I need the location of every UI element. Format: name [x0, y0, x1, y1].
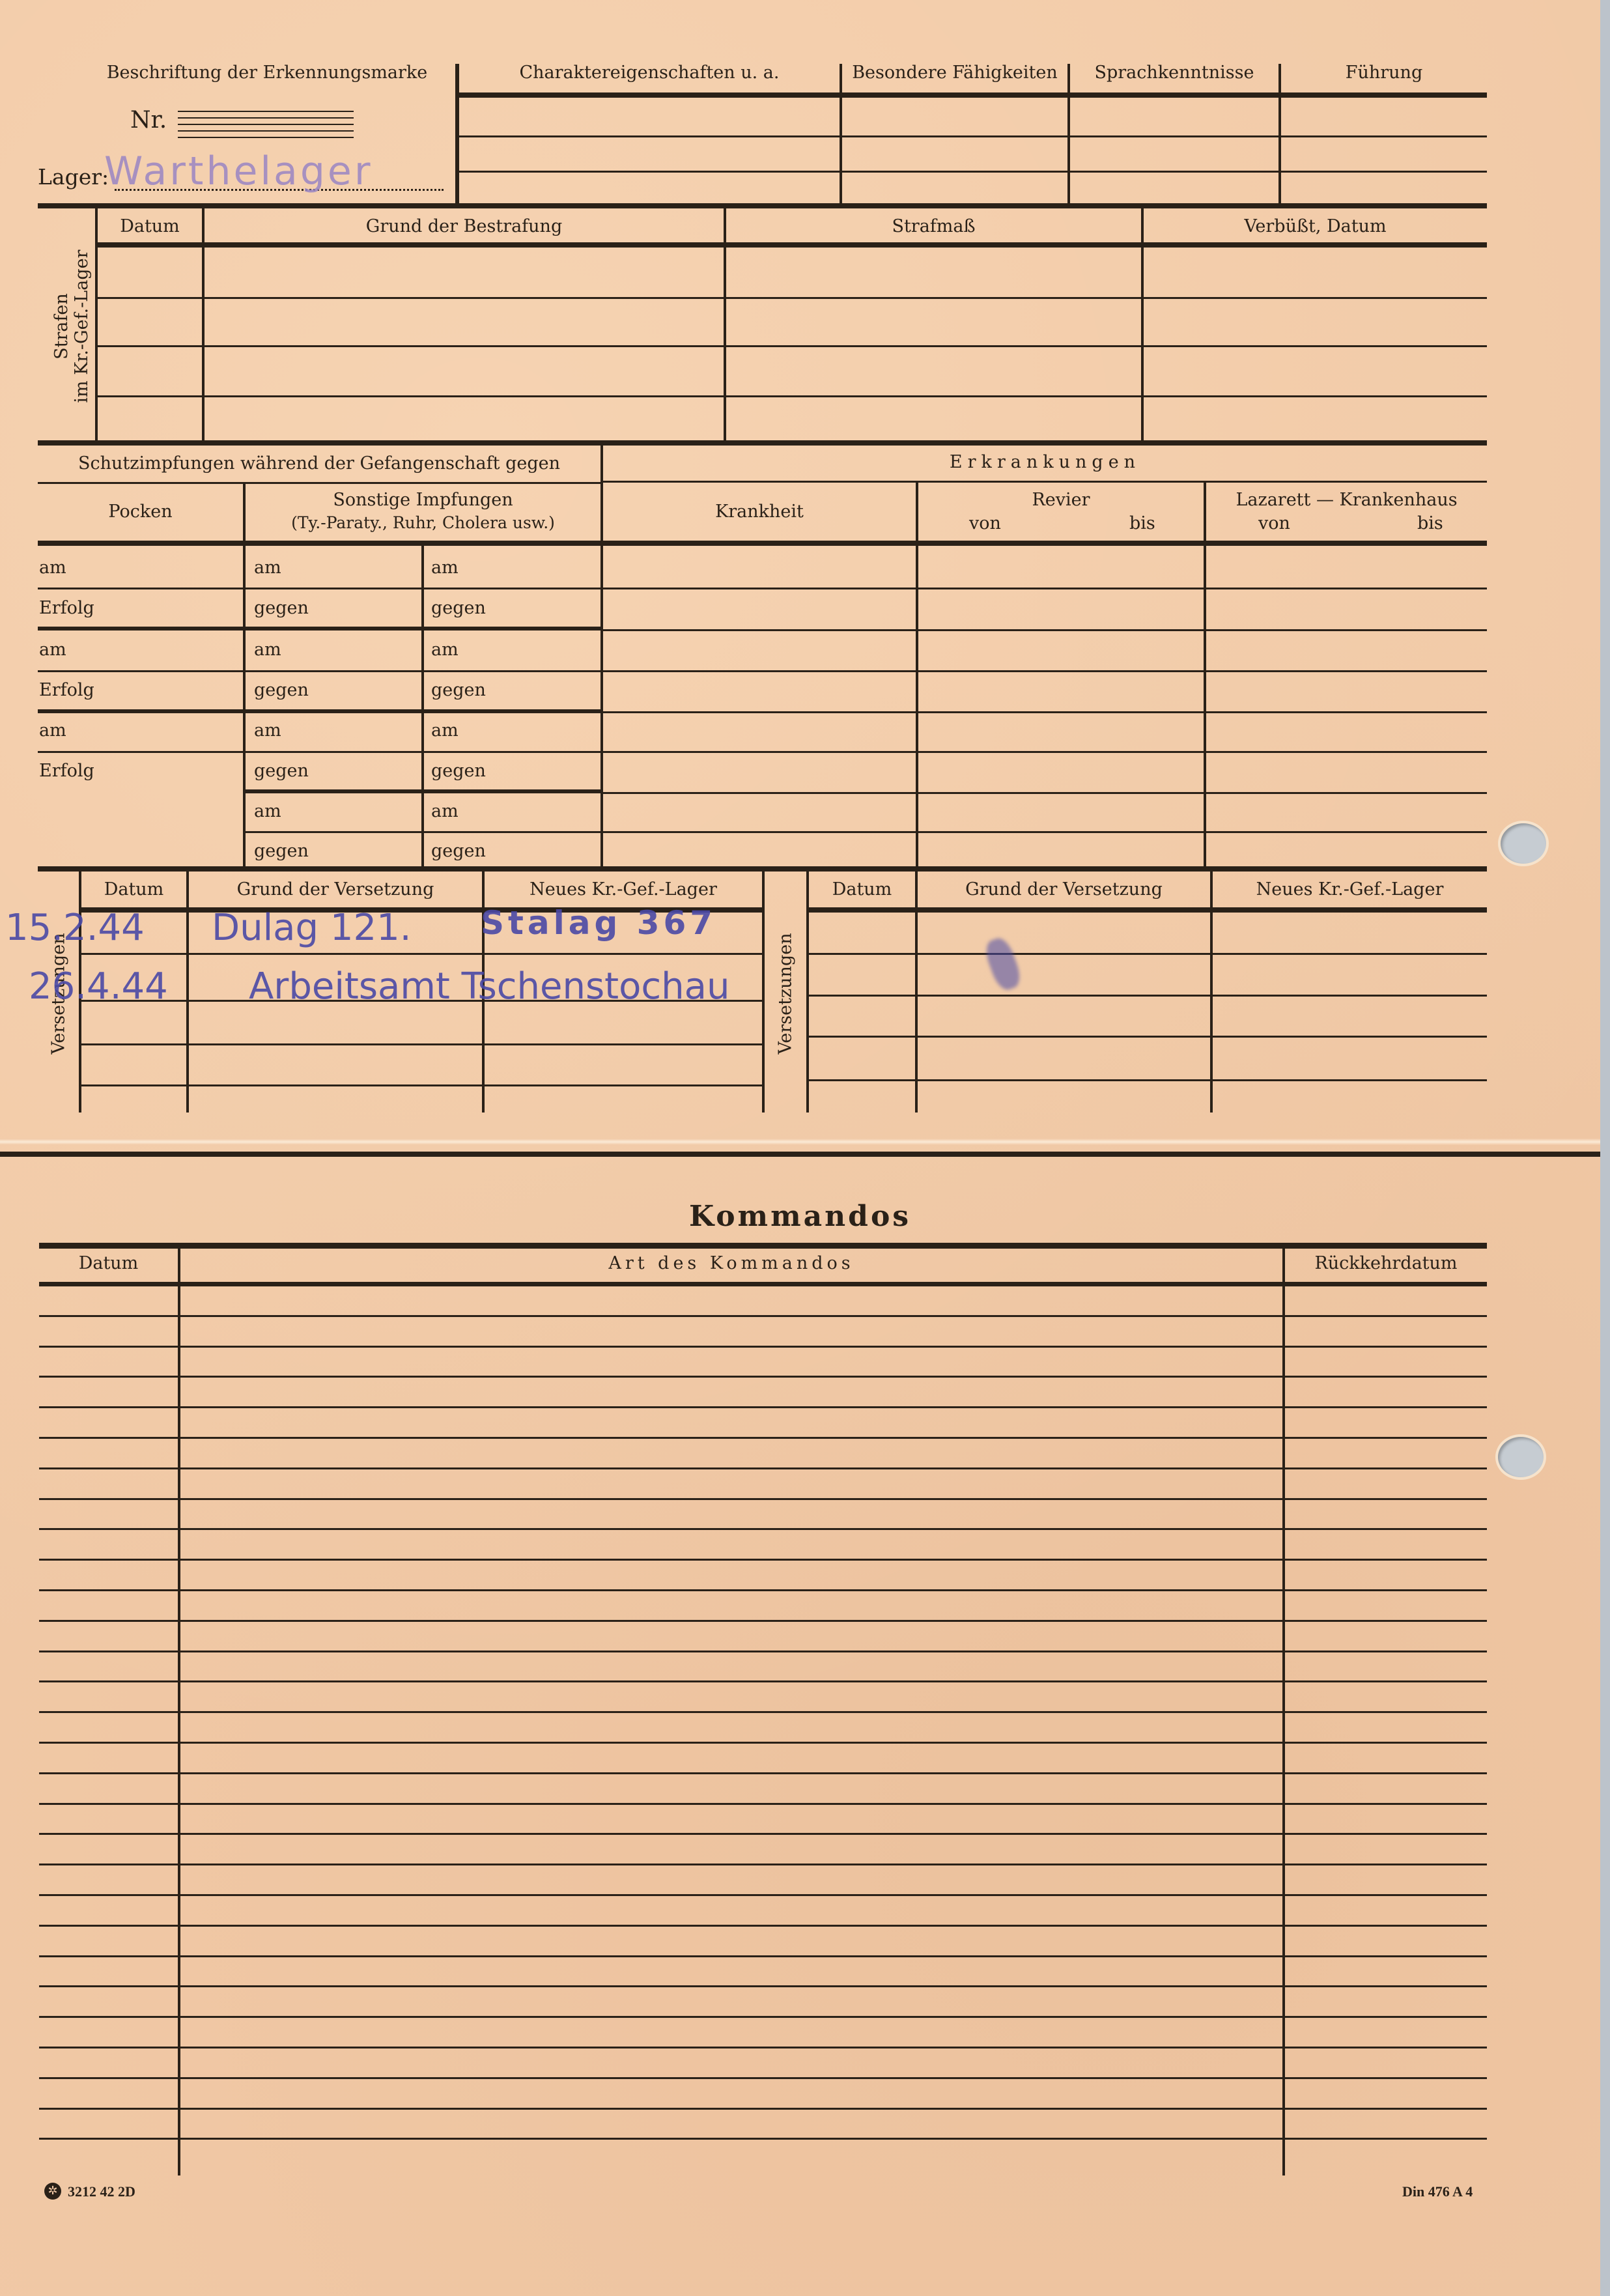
punish-header-line	[96, 242, 1487, 248]
illness-row-line	[603, 711, 1487, 713]
illness-col-divider	[1204, 483, 1206, 868]
illness-col-divider	[916, 483, 918, 868]
col-kommando-datum: Datum	[39, 1253, 178, 1274]
char-header-line	[458, 92, 1487, 98]
kommando-row-line	[39, 1833, 1487, 1835]
transfer-row-line	[808, 1036, 1487, 1038]
kommando-row-line	[39, 2138, 1487, 2140]
kommando-row-line	[39, 1651, 1487, 1652]
vacc-group-line	[38, 709, 600, 713]
revier-von: von	[969, 513, 1001, 534]
sonstige-am-label: am	[431, 558, 459, 578]
transfer-row-line	[80, 953, 762, 955]
din-format: Din 476 A 4	[1402, 2183, 1473, 2200]
pocken-am-label: am	[39, 640, 66, 660]
col-krankheit: Krankheit	[603, 502, 916, 522]
transfers-top-line	[38, 866, 1487, 872]
kommando-row-line	[39, 1711, 1487, 1713]
kommando-row-line	[39, 1528, 1487, 1530]
sonstige-am-label: am	[431, 640, 459, 660]
vacc-top-line	[38, 440, 1487, 446]
vaccinations-title: Schutzimpfungen während der Gefangenscha…	[38, 453, 600, 474]
illness-row-line	[603, 588, 1487, 589]
col-rueckkehrdatum: Rückkehrdatum	[1285, 1253, 1487, 1274]
illnesses-title: Erkrankungen	[603, 452, 1487, 473]
col-charaktereigenschaften: Charaktereigenschaften u. a.	[459, 63, 840, 83]
kommando-row-line	[39, 1985, 1487, 1987]
transfers-side-label-right: Versetzungen	[775, 916, 795, 1072]
char-col-divider	[1278, 64, 1281, 205]
kommando-row-line	[39, 1315, 1487, 1317]
kommando-row-line	[39, 1406, 1487, 1408]
transfer-2-date-stamp: 26.4.44	[29, 965, 168, 1008]
sonstige-am-label: am	[254, 558, 281, 578]
char-table-left-border	[455, 64, 459, 205]
pocken-erfolg-label: Erfolg	[39, 598, 94, 619]
col-besondere-faehigkeiten: Besondere Fähigkeiten	[842, 63, 1067, 83]
transfer-1-date-stamp: 15.2.44	[5, 907, 145, 949]
col-grund-bestrafung: Grund der Bestrafung	[205, 216, 724, 237]
kommando-row-line	[39, 1589, 1487, 1591]
kommandos-header-line	[39, 1282, 1487, 1286]
sonstige-gegen-label: gegen	[431, 680, 486, 701]
illness-row-line	[603, 831, 1487, 833]
illness-row-line	[603, 670, 1487, 672]
punish-top-line	[38, 203, 1487, 208]
nr-lines	[178, 111, 354, 138]
pocken-erfolg-label: Erfolg	[39, 680, 94, 701]
kommando-row-line	[39, 1467, 1487, 1469]
kommando-row-line	[39, 1894, 1487, 1896]
vacc-row-line	[38, 670, 600, 672]
col-grund-versetzung: Grund der Versetzung	[189, 879, 482, 900]
illness-title-line	[603, 481, 1487, 483]
vacc-title-line	[38, 482, 600, 484]
vacc-col-divider	[421, 543, 424, 868]
document-page: Beschriftung der Erkennungsmarke Nr. Lag…	[0, 0, 1600, 2296]
punch-hole-icon	[1498, 1437, 1544, 1477]
transfer-row-line	[80, 1084, 762, 1086]
tag-inscription-label: Beschriftung der Erkennungsmarke	[91, 63, 443, 83]
sonstige-gegen-label: gegen	[254, 680, 309, 701]
char-col-divider	[1067, 64, 1070, 205]
punch-hole-icon	[1501, 823, 1546, 864]
kommando-row-line	[39, 1498, 1487, 1500]
col-pocken: Pocken	[38, 502, 243, 522]
transfer-col-divider	[762, 872, 765, 1113]
kommando-row-line	[39, 2077, 1487, 2079]
kommando-row-line	[39, 2047, 1487, 2048]
transfer-1-camp-stamp: Stalag 367	[481, 904, 716, 942]
vacc-row-line	[38, 588, 600, 589]
revier-bis: bis	[1129, 513, 1155, 534]
punish-row-line	[96, 297, 1487, 299]
transfer-header-line	[808, 907, 1487, 913]
illness-row-line	[603, 751, 1487, 753]
sonstige-gegen-label: gegen	[431, 598, 486, 619]
sonstige-gegen-label: gegen	[254, 598, 309, 619]
punish-row-line	[96, 345, 1487, 347]
char-row-line	[458, 135, 1487, 137]
illness-row-line	[603, 792, 1487, 794]
vacc-group-line	[38, 627, 600, 631]
side-label-line1: Strafen	[51, 245, 72, 408]
kommando-row-line	[39, 2016, 1487, 2018]
fold-crease	[0, 1139, 1600, 1145]
col-transfer-datum-right: Datum	[809, 879, 915, 900]
col-punish-datum: Datum	[98, 216, 202, 237]
kommandos-top-line	[39, 1243, 1487, 1249]
nr-label: Nr.	[130, 106, 167, 134]
transfer-2-reason-stamp: Arbeitsamt Tschenstochau	[249, 965, 729, 1008]
sonstige-am-label: am	[431, 801, 459, 822]
kommando-row-line	[39, 1864, 1487, 1865]
kommando-row-line	[39, 1955, 1487, 1957]
col-transfer-datum: Datum	[81, 879, 186, 900]
kommando-row-line	[39, 1680, 1487, 1682]
col-art-des-kommandos: Art des Kommandos	[180, 1253, 1282, 1274]
sonstige-am-label: am	[254, 640, 281, 660]
print-code: 3212 42 2D	[68, 2183, 135, 2200]
col-fuehrung: Führung	[1281, 63, 1487, 83]
lazarett-von: von	[1258, 513, 1290, 534]
vacc-row-line	[38, 751, 600, 753]
transfer-row-line	[808, 995, 1487, 997]
lazarett-bis: bis	[1417, 513, 1443, 534]
pocken-erfolg-label: Erfolg	[39, 761, 94, 782]
transfer-1-reason-stamp: Dulag 121.	[212, 907, 412, 949]
vacc-group-line	[244, 789, 600, 793]
side-label-line2: im Kr.-Gef.-Lager	[72, 245, 92, 408]
col-sonstige-line2: (Ty.-Paraty., Ruhr, Cholera usw.)	[246, 513, 600, 533]
sonstige-am-label: am	[431, 720, 459, 741]
kommandos-title: Kommandos	[0, 1200, 1600, 1234]
fold-line	[0, 1152, 1600, 1157]
kommando-row-line	[39, 1803, 1487, 1805]
col-strafmass: Strafmaß	[726, 216, 1141, 237]
col-neues-lager: Neues Kr.-Gef.-Lager	[485, 879, 762, 900]
sonstige-am-label: am	[254, 801, 281, 822]
kommando-row-line	[39, 1346, 1487, 1348]
kommando-row-line	[39, 1376, 1487, 1378]
kommando-row-line	[39, 1742, 1487, 1744]
char-row-line	[458, 171, 1487, 173]
kommando-row-line	[39, 1559, 1487, 1561]
illness-row-line	[603, 629, 1487, 631]
punishments-side-label: Strafen im Kr.-Gef.-Lager	[51, 245, 92, 408]
sonstige-gegen-label: gegen	[254, 761, 309, 782]
kommando-row-line	[39, 1925, 1487, 1927]
kommando-row-line	[39, 2108, 1487, 2110]
transfer-row-line	[808, 1079, 1487, 1081]
col-verbuesst-datum: Verbüßt, Datum	[1144, 216, 1487, 237]
transfer-row-line	[808, 953, 1487, 955]
col-sonstige-line1: Sonstige Impfungen	[246, 490, 600, 511]
transfer-row-line	[80, 1043, 762, 1045]
sonstige-gegen-label: gegen	[431, 841, 486, 862]
vacc-header-line	[38, 541, 1487, 546]
punish-row-line	[96, 395, 1487, 397]
pocken-am-label: am	[39, 720, 66, 741]
col-neues-lager-right: Neues Kr.-Gef.-Lager	[1213, 879, 1487, 900]
vacc-row-line	[244, 831, 600, 833]
lager-label: Lager:	[38, 164, 109, 190]
sonstige-gegen-label: gegen	[431, 761, 486, 782]
char-col-divider	[840, 64, 842, 205]
kommando-row-line	[39, 1620, 1487, 1622]
lager-stamp: Warthelager	[104, 149, 373, 194]
col-sprachkenntnisse: Sprachkenntnisse	[1070, 63, 1278, 83]
pocken-am-label: am	[39, 558, 66, 578]
sonstige-gegen-label: gegen	[254, 841, 309, 862]
col-lazarett: Lazarett — Krankenhaus	[1206, 490, 1487, 511]
printer-mark-icon: ✲	[44, 2183, 61, 2200]
kommando-row-line	[39, 1772, 1487, 1774]
col-grund-versetzung-right: Grund der Versetzung	[918, 879, 1210, 900]
col-revier: Revier	[918, 490, 1204, 511]
sonstige-am-label: am	[254, 720, 281, 741]
ink-smudge	[982, 935, 1024, 993]
kommando-row-line	[39, 1437, 1487, 1439]
